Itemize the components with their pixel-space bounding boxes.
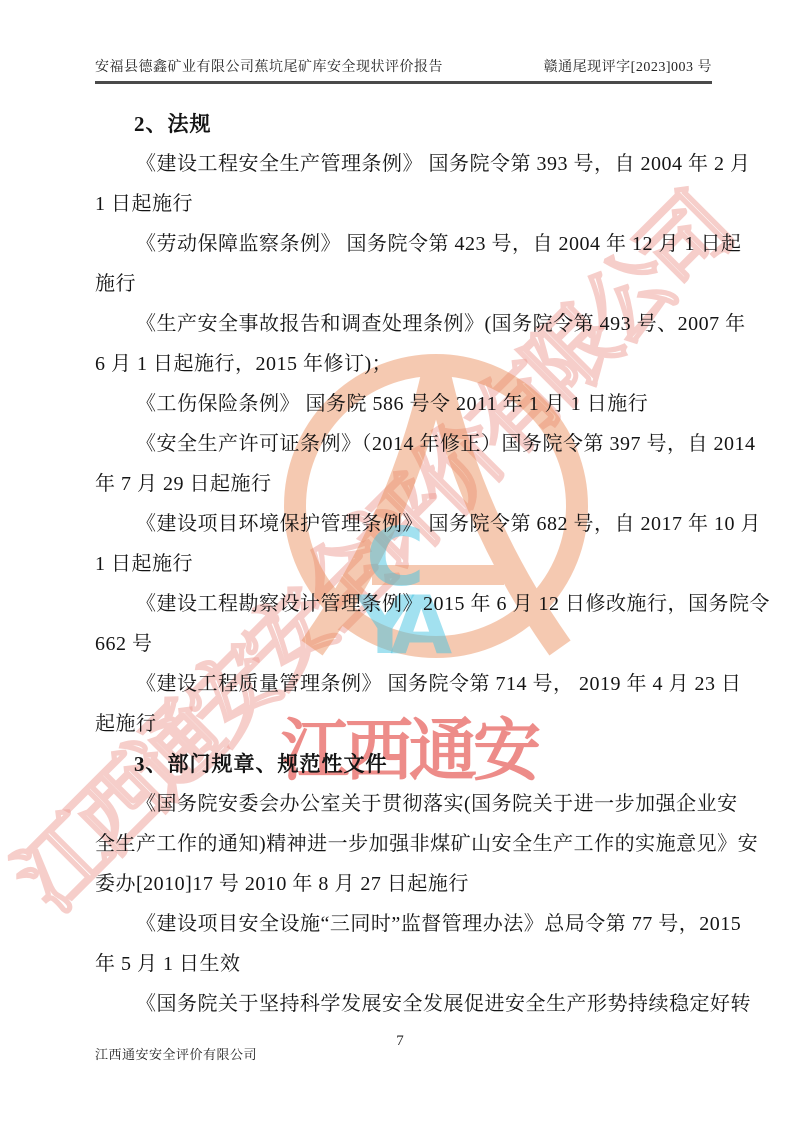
header-document-number: 赣通尾现评字[2023]003 号	[544, 56, 712, 76]
body-line: 《建设工程勘察设计管理条例》2015 年 6 月 12 日修改施行，国务院令	[95, 584, 708, 624]
page-number: 7	[0, 1033, 800, 1050]
body-line: 施行	[95, 264, 708, 304]
body-line: 《安全生产许可证条例》（2014 年修正）国务院令第 397 号，自 2014	[95, 424, 708, 464]
body-text: 2、法规《建设工程安全生产管理条例》 国务院令第 393 号，自 2004 年 …	[95, 104, 708, 1024]
body-line: 《工伤保险条例》 国务院 586 号令 2011 年 1 月 1 日施行	[95, 384, 708, 424]
body-line: 《国务院关于坚持科学发展安全发展促进安全生产形势持续稳定好转	[95, 984, 708, 1024]
body-line: 662 号	[95, 624, 708, 664]
body-line: 《国务院安委会办公室关于贯彻落实(国务院关于进一步加强企业安	[95, 784, 708, 824]
body-line: 3、部门规章、规范性文件	[95, 744, 708, 784]
document-page: 江西通安安全评价有限公司 C YA 江西通安 安福县德鑫矿业有限公司蕉坑尾矿库安…	[0, 0, 800, 1131]
body-line: 1 日起施行	[95, 184, 708, 224]
body-line: 6 月 1 日起施行，2015 年修订)；	[95, 344, 708, 384]
body-line: 《建设工程安全生产管理条例》 国务院令第 393 号，自 2004 年 2 月	[95, 144, 708, 184]
body-line: 《建设项目安全设施“三同时”监督管理办法》总局令第 77 号，2015	[95, 904, 708, 944]
body-line: 1 日起施行	[95, 544, 708, 584]
body-line: 委办[2010]17 号 2010 年 8 月 27 日起施行	[95, 864, 708, 904]
body-line: 《建设项目环境保护管理条例》 国务院令第 682 号，自 2017 年 10 月	[95, 504, 708, 544]
body-line: 《生产安全事故报告和调查处理条例》(国务院令第 493 号、2007 年	[95, 304, 708, 344]
body-line: 2、法规	[95, 104, 708, 144]
body-line: 起施行	[95, 704, 708, 744]
body-line: 全生产工作的通知)精神进一步加强非煤矿山安全生产工作的实施意见》安	[95, 824, 708, 864]
header-report-title: 安福县德鑫矿业有限公司蕉坑尾矿库安全现状评价报告	[95, 56, 443, 76]
body-line: 年 7 月 29 日起施行	[95, 464, 708, 504]
body-line: 《建设工程质量管理条例》 国务院令第 714 号， 2019 年 4 月 23 …	[95, 664, 708, 704]
body-line: 年 5 月 1 日生效	[95, 944, 708, 984]
page-header: 安福县德鑫矿业有限公司蕉坑尾矿库安全现状评价报告 赣通尾现评字[2023]003…	[95, 56, 712, 84]
body-line: 《劳动保障监察条例》 国务院令第 423 号，自 2004 年 12 月 1 日…	[95, 224, 708, 264]
